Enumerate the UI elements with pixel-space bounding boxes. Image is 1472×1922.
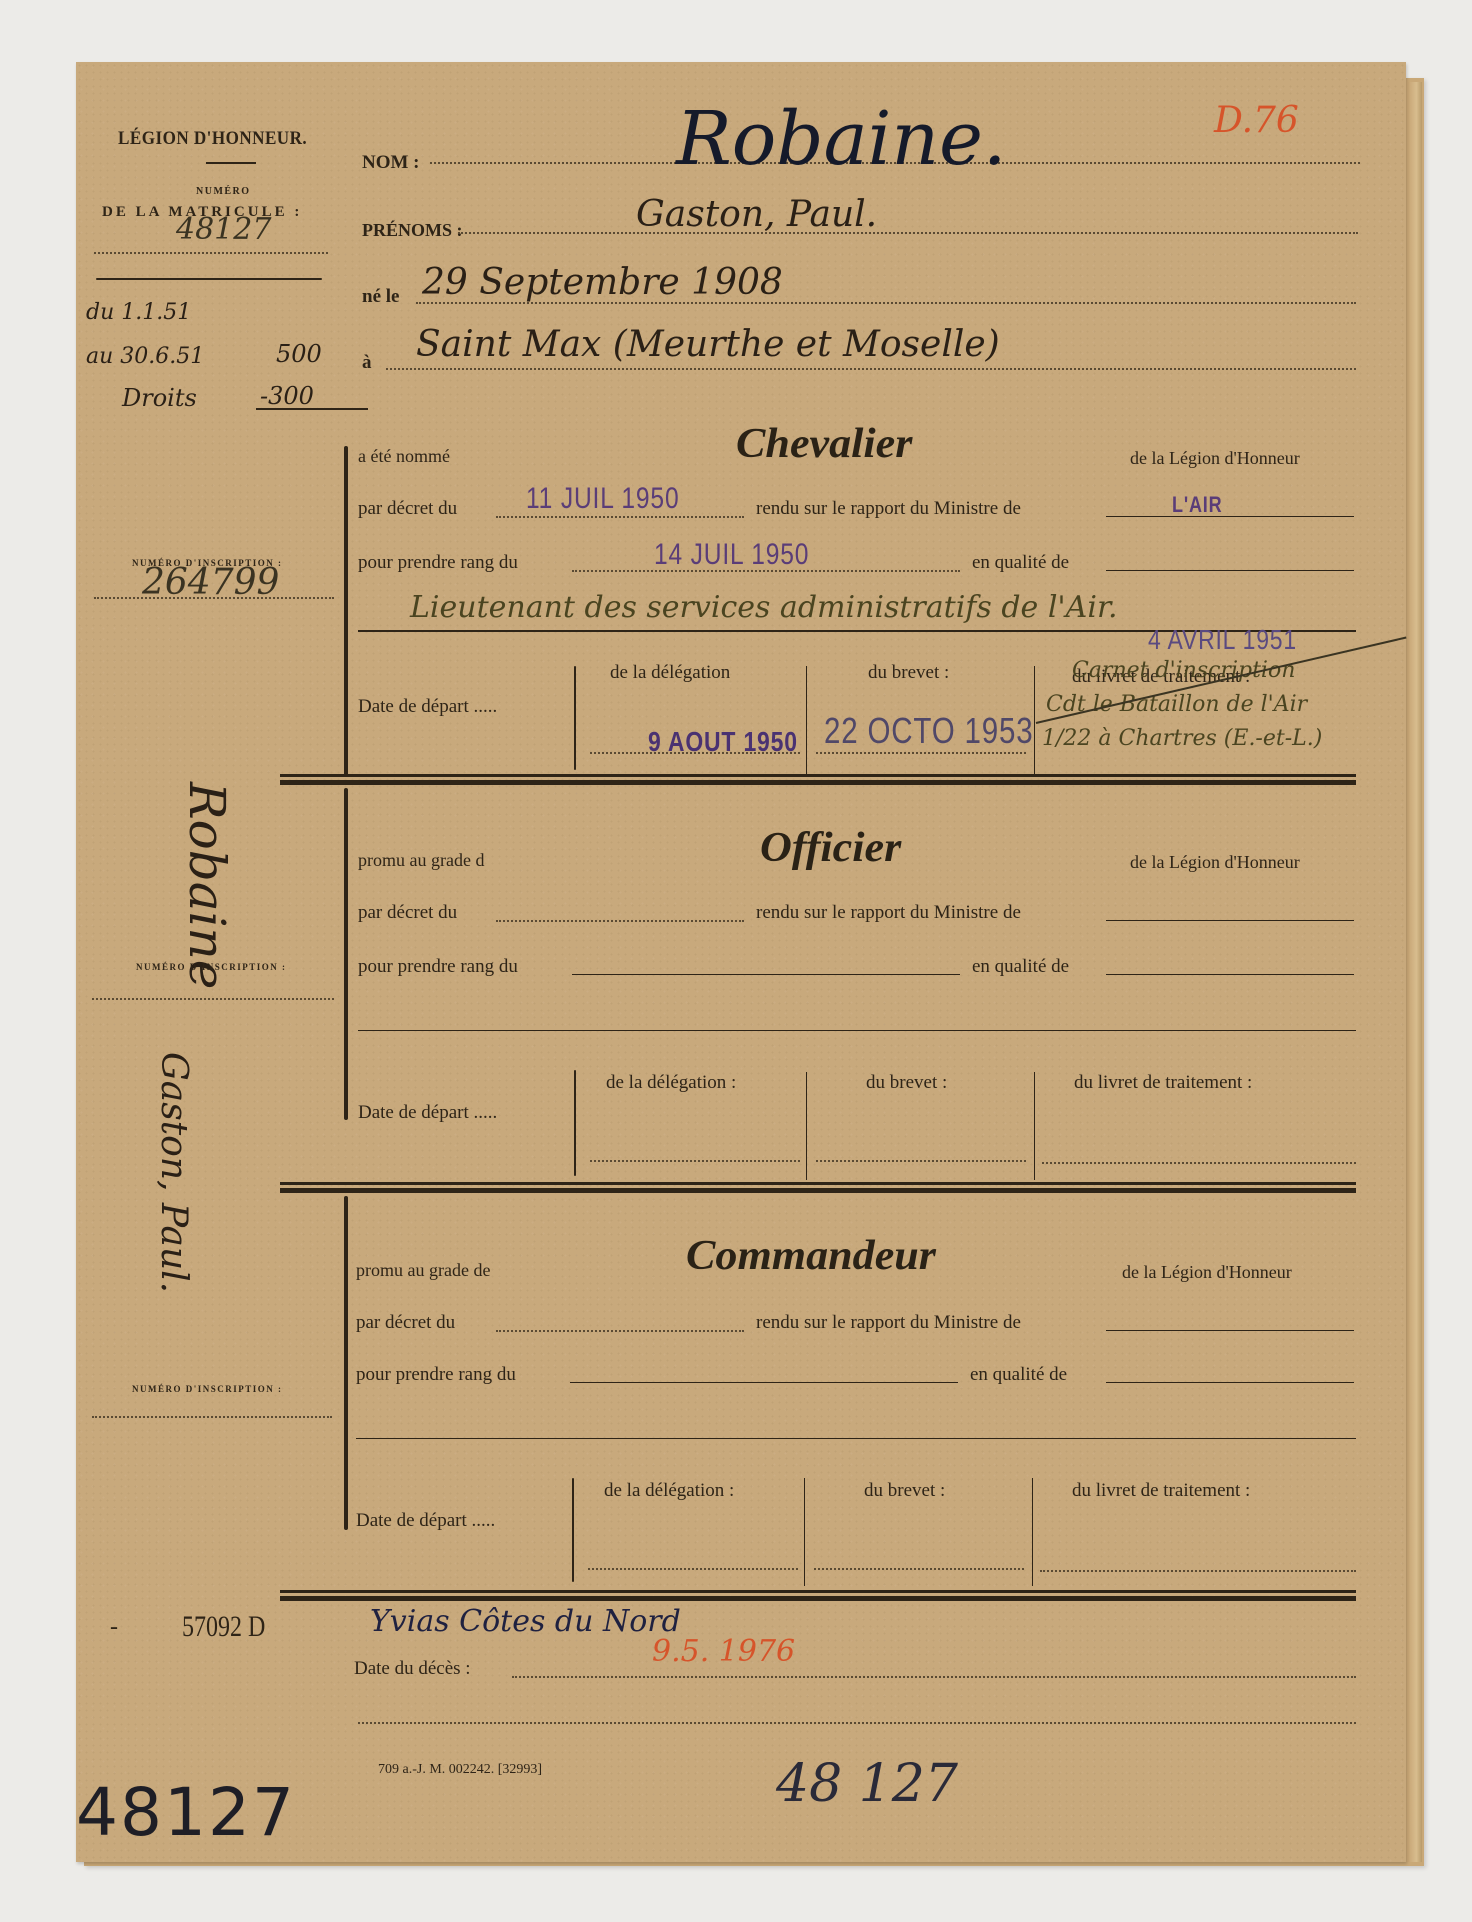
pension-amount-2: -300 <box>260 382 314 410</box>
commandeur-rang-line <box>570 1382 958 1383</box>
birth-place: Saint Max (Meurthe et Moselle) <box>416 324 1000 365</box>
chevalier-double-rule-bottom <box>280 780 1356 785</box>
officier-brace <box>344 788 348 1120</box>
commandeur-livret-line <box>1040 1570 1356 1572</box>
vertical-name: Robaine <box>178 782 236 989</box>
legion-honneur-card: LÉGION D'HONNEUR. NUMÉRO DE LA MATRICULE… <box>76 62 1406 1862</box>
chevalier-decret-label: par décret du <box>358 498 457 520</box>
officier-livret-line <box>1042 1162 1356 1164</box>
grade-commandeur: Commandeur <box>686 1232 936 1280</box>
commandeur-depart-brace <box>572 1478 574 1582</box>
chevalier-delegation-stamp: 9 AOUT 1950 <box>648 726 798 758</box>
officier-brevet-line <box>816 1160 1026 1162</box>
commandeur-col-divider-1 <box>804 1478 805 1586</box>
inscription-label-2: NUMÉRO D'INSCRIPTION : <box>136 962 287 972</box>
inscription-line-3 <box>92 1416 332 1418</box>
chevalier-qualite-line <box>1106 570 1354 571</box>
chevalier-intro: a été nommé <box>358 446 450 467</box>
commandeur-livret-label: du livret de traitement : <box>1072 1480 1250 1502</box>
chevalier-rang-stamp: 14 JUIL 1950 <box>654 538 809 572</box>
chevalier-double-rule-top <box>280 774 1356 777</box>
grade-chevalier: Chevalier <box>736 420 912 468</box>
matricule-line <box>94 252 328 254</box>
death-place: Yvias Côtes du Nord <box>370 1604 681 1639</box>
prenoms-label: PRÉNOMS : <box>362 220 463 241</box>
chevalier-brevet-line <box>816 752 1026 754</box>
chevalier-brevet-stamp: 22 OCTO 1953 <box>824 710 1033 752</box>
footer-dash: - <box>110 1614 118 1641</box>
officier-qualite-rule <box>358 1030 1356 1031</box>
chevalier-qualite-label: en qualité de <box>972 552 1069 574</box>
prenoms-value: Gaston, Paul. <box>636 194 877 235</box>
officier-rapport-label: rendu sur le rapport du Ministre de <box>756 902 1021 924</box>
livret-note-line-2: Cdt le Bataillon de l'Air <box>1046 692 1307 717</box>
commandeur-suffix: de la Légion d'Honneur <box>1122 1262 1292 1283</box>
officier-rang-label: pour prendre rang du <box>358 956 518 978</box>
chevalier-brevet-label: du brevet : <box>868 662 949 684</box>
printer-reference: 709 a.-J. M. 002242. [32993] <box>378 1762 542 1778</box>
death-date-label: Date du décès : <box>354 1658 471 1680</box>
officier-suffix: de la Légion d'Honneur <box>1130 852 1300 873</box>
big-file-number: 48127 <box>76 1774 296 1851</box>
pension-line-2: au 30.6.51 <box>86 344 204 369</box>
officier-ministre-line <box>1106 920 1354 921</box>
officier-depart-label: Date de départ ..... <box>358 1102 497 1124</box>
prenoms-line <box>458 232 1358 234</box>
chevalier-livret-stamp: 4 AVRIL 1951 <box>1148 624 1297 656</box>
livret-note-line-3: 1/22 à Chartres (E.-et-L.) <box>1042 726 1322 751</box>
officier-qualite-line <box>1106 974 1354 975</box>
matricule-value: 48127 <box>176 212 271 247</box>
death-date-value: 9.5. 1976 <box>652 1634 795 1669</box>
ne-le-label: né le <box>362 286 399 308</box>
birth-date: 29 Septembre 1908 <box>422 262 783 303</box>
officier-double-rule-top <box>280 1182 1356 1185</box>
commandeur-qualite-line <box>1106 1382 1354 1383</box>
chevalier-brace <box>344 446 348 776</box>
commandeur-double-rule-top <box>280 1590 1356 1593</box>
chevalier-suffix: de la Légion d'Honneur <box>1130 448 1300 469</box>
pension-line-3: Droits <box>122 384 197 412</box>
chevalier-depart-brace <box>574 666 576 770</box>
commandeur-brevet-label: du brevet : <box>864 1480 945 1502</box>
commandeur-depart-label: Date de départ ..... <box>356 1510 495 1532</box>
nom-value: Robaine. <box>676 96 1006 182</box>
title-underline <box>206 162 256 164</box>
a-line <box>386 368 1356 370</box>
officier-col-divider-1 <box>806 1072 807 1180</box>
inscription-line-1 <box>94 597 334 599</box>
file-reference: D.76 <box>1214 100 1299 141</box>
officier-decret-line <box>496 920 744 922</box>
inscription-label-3: NUMÉRO D'INSCRIPTION : <box>132 1384 283 1394</box>
officier-delegation-label: de la délégation : <box>606 1072 736 1094</box>
commandeur-brevet-line <box>814 1568 1024 1570</box>
commandeur-decret-line <box>496 1330 744 1332</box>
officier-col-divider-2 <box>1034 1072 1035 1180</box>
officier-depart-brace <box>574 1070 576 1176</box>
chevalier-rang-label: pour prendre rang du <box>358 552 518 574</box>
commandeur-qualite-rule <box>356 1438 1356 1439</box>
chevalier-decret-line <box>496 516 744 518</box>
death-record-number: 57092 D <box>182 1610 265 1644</box>
officier-delegation-line <box>590 1160 800 1162</box>
officier-livret-label: du livret de traitement : <box>1074 1072 1252 1094</box>
chevalier-depart-label: Date de départ ..... <box>358 696 497 718</box>
commandeur-intro: promu au grade de <box>356 1260 490 1281</box>
inscription-line-2 <box>92 998 334 1000</box>
commandeur-decret-label: par décret du <box>356 1312 455 1334</box>
chevalier-ministre-stamp: L'AIR <box>1172 492 1222 518</box>
commandeur-col-divider-2 <box>1032 1478 1033 1586</box>
footer-blank-line <box>358 1722 1356 1724</box>
chevalier-col-divider-2 <box>1034 666 1035 776</box>
card-title: LÉGION D'HONNEUR. <box>118 128 307 150</box>
commandeur-rang-label: pour prendre rang du <box>356 1364 516 1386</box>
commandeur-qualite-label: en qualité de <box>970 1364 1067 1386</box>
handwritten-file-number: 48 127 <box>776 1754 958 1814</box>
officier-double-rule-bottom <box>280 1188 1356 1193</box>
chevalier-ministre-line <box>1106 516 1354 517</box>
chevalier-delegation-label: de la délégation <box>610 662 730 684</box>
officier-brevet-label: du brevet : <box>866 1072 947 1094</box>
officier-rang-line <box>572 974 960 975</box>
grade-officier: Officier <box>760 824 901 872</box>
pension-amount-1: 500 <box>276 340 322 368</box>
commandeur-rapport-label: rendu sur le rapport du Ministre de <box>756 1312 1021 1334</box>
matricule-divider <box>96 278 322 280</box>
chevalier-rapport-label: rendu sur le rapport du Ministre de <box>756 498 1021 520</box>
officier-qualite-label: en qualité de <box>972 956 1069 978</box>
nom-label: NOM : <box>362 152 420 174</box>
chevalier-qualite-value: Lieutenant des services administratifs d… <box>410 590 1118 625</box>
commandeur-delegation-line <box>588 1568 798 1570</box>
a-label: à <box>362 352 372 374</box>
commandeur-brace <box>344 1196 348 1530</box>
chevalier-decret-stamp: 11 JUIL 1950 <box>526 482 679 516</box>
commandeur-double-rule-bottom <box>280 1596 1356 1601</box>
chevalier-col-divider-1 <box>806 666 807 776</box>
pension-underline <box>256 408 368 410</box>
vertical-firstnames: Gaston, Paul. <box>153 1052 194 1293</box>
commandeur-delegation-label: de la délégation : <box>604 1480 734 1502</box>
officier-decret-label: par décret du <box>358 902 457 924</box>
back-sheet-edge <box>1408 82 1422 1862</box>
commandeur-ministre-line <box>1106 1330 1354 1331</box>
officier-intro: promu au grade d <box>358 850 484 871</box>
death-date-line <box>512 1676 1356 1678</box>
pension-line-1: du 1.1.51 <box>86 300 191 325</box>
numero-label: NUMÉRO <box>196 186 251 197</box>
